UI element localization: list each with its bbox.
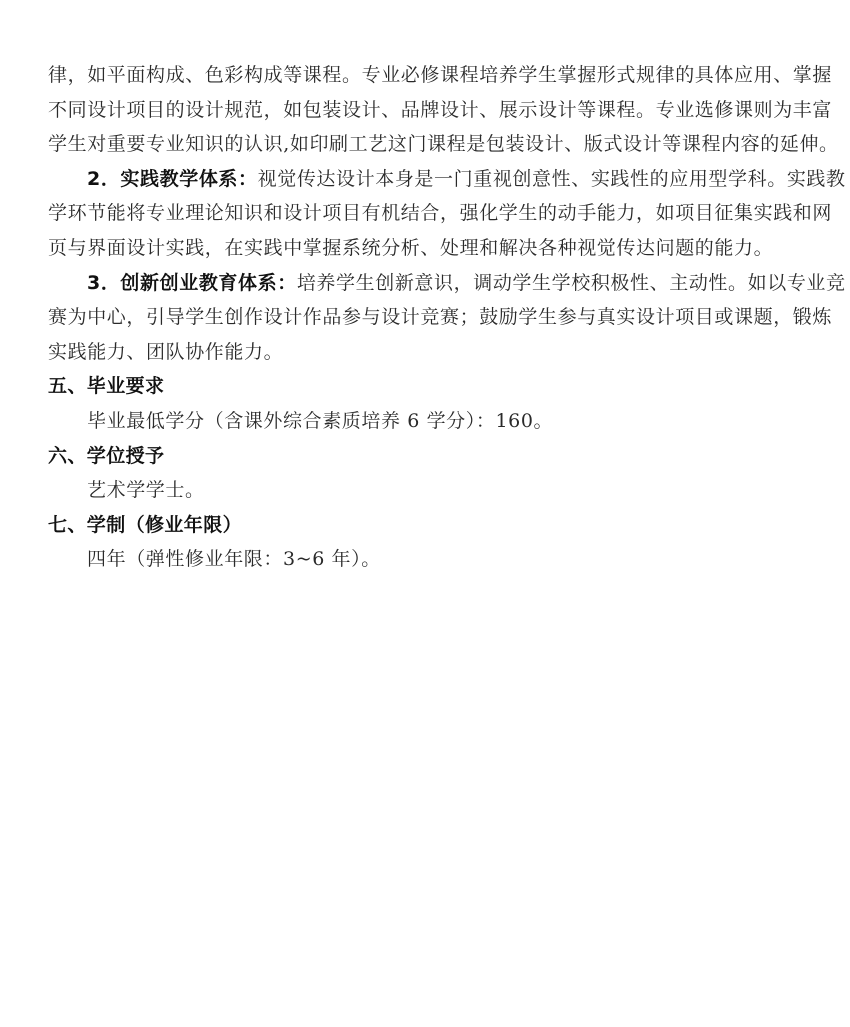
- section-heading: 五、毕业要求: [48, 369, 812, 404]
- practice-system-label: 2．实践教学体系：: [87, 168, 258, 190]
- practice-system-text: 视觉传达设计本身是一门重视创意性、实践性的应用型学科。实践教: [258, 168, 846, 190]
- section-study-duration: 七、学制（修业年限） 四年（弹性修业年限：3~6 年）。: [48, 508, 812, 577]
- text-line: 学环节能将专业理论知识和设计项目有机结合，强化学生的动手能力，如项目征集实践和网: [48, 196, 812, 231]
- text-line: 页与界面设计实践，在实践中掌握系统分析、处理和解决各种视觉传达问题的能力。: [48, 231, 812, 266]
- text-line: 实践能力、团队协作能力。: [48, 335, 812, 370]
- text-line: 律，如平面构成、色彩构成等课程。专业必修课程培养学生掌握形式规律的具体应用、掌握: [48, 58, 812, 93]
- section-body: 毕业最低学分（含课外综合素质培养 6 学分）：160。: [48, 404, 812, 439]
- practice-system-paragraph: 2．实践教学体系：视觉传达设计本身是一门重视创意性、实践性的应用型学科。实践教 …: [48, 162, 812, 266]
- section-heading: 七、学制（修业年限）: [48, 508, 812, 543]
- text-line: 学生对重要专业知识的认识,如印刷工艺这门课程是包装设计、版式设计等课程内容的延伸…: [48, 127, 812, 162]
- section-degree-conferral: 六、学位授予 艺术学学士。: [48, 439, 812, 508]
- section-heading: 六、学位授予: [48, 439, 812, 474]
- document-page: 律，如平面构成、色彩构成等课程。专业必修课程培养学生掌握形式规律的具体应用、掌握…: [48, 58, 812, 577]
- text-line: 2．实践教学体系：视觉传达设计本身是一门重视创意性、实践性的应用型学科。实践教: [48, 162, 812, 197]
- text-line: 赛为中心，引导学生创作设计作品参与设计竞赛；鼓励学生参与真实设计项目或课题，锻炼: [48, 300, 812, 335]
- innovation-system-text: 培养学生创新意识，调动学生学校积极性、主动性。如以专业竞: [297, 272, 846, 294]
- text-line: 不同设计项目的设计规范，如包装设计、品牌设计、展示设计等课程。专业选修课则为丰富: [48, 93, 812, 128]
- section-body: 艺术学学士。: [48, 473, 812, 508]
- section-body: 四年（弹性修业年限：3~6 年）。: [48, 542, 812, 577]
- innovation-system-paragraph: 3．创新创业教育体系：培养学生创新意识，调动学生学校积极性、主动性。如以专业竞 …: [48, 266, 812, 370]
- innovation-system-label: 3．创新创业教育体系：: [87, 272, 297, 294]
- curriculum-paragraph: 律，如平面构成、色彩构成等课程。专业必修课程培养学生掌握形式规律的具体应用、掌握…: [48, 58, 812, 162]
- section-graduation-requirements: 五、毕业要求 毕业最低学分（含课外综合素质培养 6 学分）：160。: [48, 369, 812, 438]
- text-line: 3．创新创业教育体系：培养学生创新意识，调动学生学校积极性、主动性。如以专业竞: [48, 266, 812, 301]
